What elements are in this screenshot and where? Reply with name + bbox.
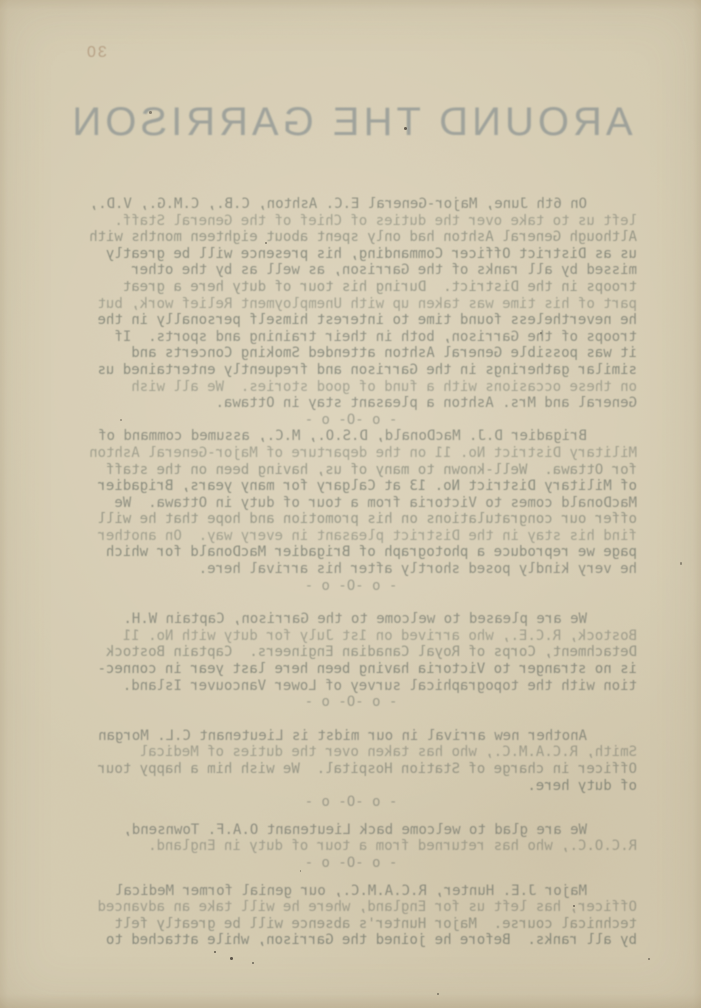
- text-line: us as District Officer Commanding, his p…: [65, 246, 637, 263]
- text-line: On 6th June, Major-General E.C. Ashton, …: [65, 196, 637, 213]
- text-line: Bostock, R.C.E., who arrived on 1st July…: [65, 628, 637, 645]
- text-line: R.C.O.C., who has returned from a tour o…: [65, 838, 637, 855]
- paragraph: We are pleased to welcome to the Garriso…: [65, 611, 637, 694]
- text-line: on these occasions with a fund of good s…: [65, 379, 637, 396]
- text-line: Detachment, Corps of Royal Canadian Engi…: [65, 644, 637, 661]
- text-line: Another new arrival in our midst is Lieu…: [65, 728, 637, 745]
- text-line: troops in the District. During his tour …: [65, 279, 637, 296]
- text-line: is no stranger to Victoria having been h…: [65, 661, 637, 678]
- text-line: for Ottawa. Well-known to many of us, ha…: [65, 462, 637, 479]
- text-line: page we reproduce a photograph of Brigad…: [65, 544, 637, 561]
- text-line: Military District No. 11 on the departur…: [65, 445, 637, 462]
- text-line: We are glad to welcome back Lieutenant O…: [65, 822, 637, 839]
- text-line: General and Mrs. Ashton a pleasant stay …: [65, 395, 637, 412]
- text-line: he nevertheless found time to interest h…: [65, 312, 637, 329]
- text-line: it was possible General Ashton attended …: [65, 345, 637, 362]
- text-line: Officer, has left us for England, where …: [65, 899, 637, 916]
- text-line: technical course. Major Hunter's absence…: [65, 916, 637, 933]
- text-line: Smith, R.C.A.M.C., who has taken over th…: [65, 744, 637, 761]
- text-line: similar gatherings in the Garrison and f…: [65, 362, 637, 379]
- paragraph: Another new arrival in our midst is Lieu…: [65, 728, 637, 794]
- text-line: of Military District No. 13 at Calgary f…: [65, 478, 637, 495]
- paragraph: On 6th June, Major-General E.C. Ashton, …: [65, 196, 637, 412]
- paragraph: We are glad to welcome back Lieutenant O…: [65, 822, 637, 855]
- page-number: 30: [85, 44, 107, 62]
- section-divider: - o -O- o -: [65, 578, 637, 595]
- paragraph: Major J.E. Hunter, R.C.A.M.C., our genia…: [65, 883, 637, 949]
- text-line: find his stay in the District pleasant i…: [65, 528, 637, 545]
- text-line: of duty here.: [65, 778, 637, 795]
- text-line: MacDonald comes to Victoria from a tour …: [65, 495, 637, 512]
- text-line: Officer in charge of Station Hospital. W…: [65, 761, 637, 778]
- paragraph: Brigadier D.J. MacDonald, D.S.O., M.C., …: [65, 428, 637, 577]
- text-line: he very kindly posed shortly after his a…: [65, 561, 637, 578]
- text-line: We are pleased to welcome to the Garriso…: [65, 611, 637, 628]
- text-line: offer our congratulations on his promoti…: [65, 511, 637, 528]
- text-line: part of his time was taken up with Unemp…: [65, 296, 637, 313]
- bleed-through-layer: 30 AROUND THE GARRISON On 6th June, Majo…: [0, 0, 701, 1008]
- section-divider: - o -O- o -: [65, 412, 637, 429]
- section-divider: - o -O- o -: [65, 694, 637, 711]
- text-line: Major J.E. Hunter, R.C.A.M.C., our genia…: [65, 883, 637, 900]
- text-line: Although General Ashton had only spent a…: [65, 229, 637, 246]
- text-line: troops of the Garrison, both in their tr…: [65, 329, 637, 346]
- text-line: by all ranks. Before he joined the Garri…: [65, 932, 637, 949]
- section-divider: - o -O- o -: [65, 855, 637, 872]
- text-line: missed by all ranks of the Garrison, as …: [65, 262, 637, 279]
- body-text: On 6th June, Major-General E.C. Ashton, …: [65, 189, 637, 949]
- scanned-page: 30 AROUND THE GARRISON On 6th June, Majo…: [0, 0, 701, 1008]
- section-divider: - o -O- o -: [65, 794, 637, 811]
- text-line: Brigadier D.J. MacDonald, D.S.O., M.C., …: [65, 428, 637, 445]
- text-line: left us to take over the duties of Chief…: [65, 213, 637, 230]
- page-title: AROUND THE GARRISON: [0, 100, 701, 145]
- text-line: tion with the topographical survey of Lo…: [65, 678, 637, 695]
